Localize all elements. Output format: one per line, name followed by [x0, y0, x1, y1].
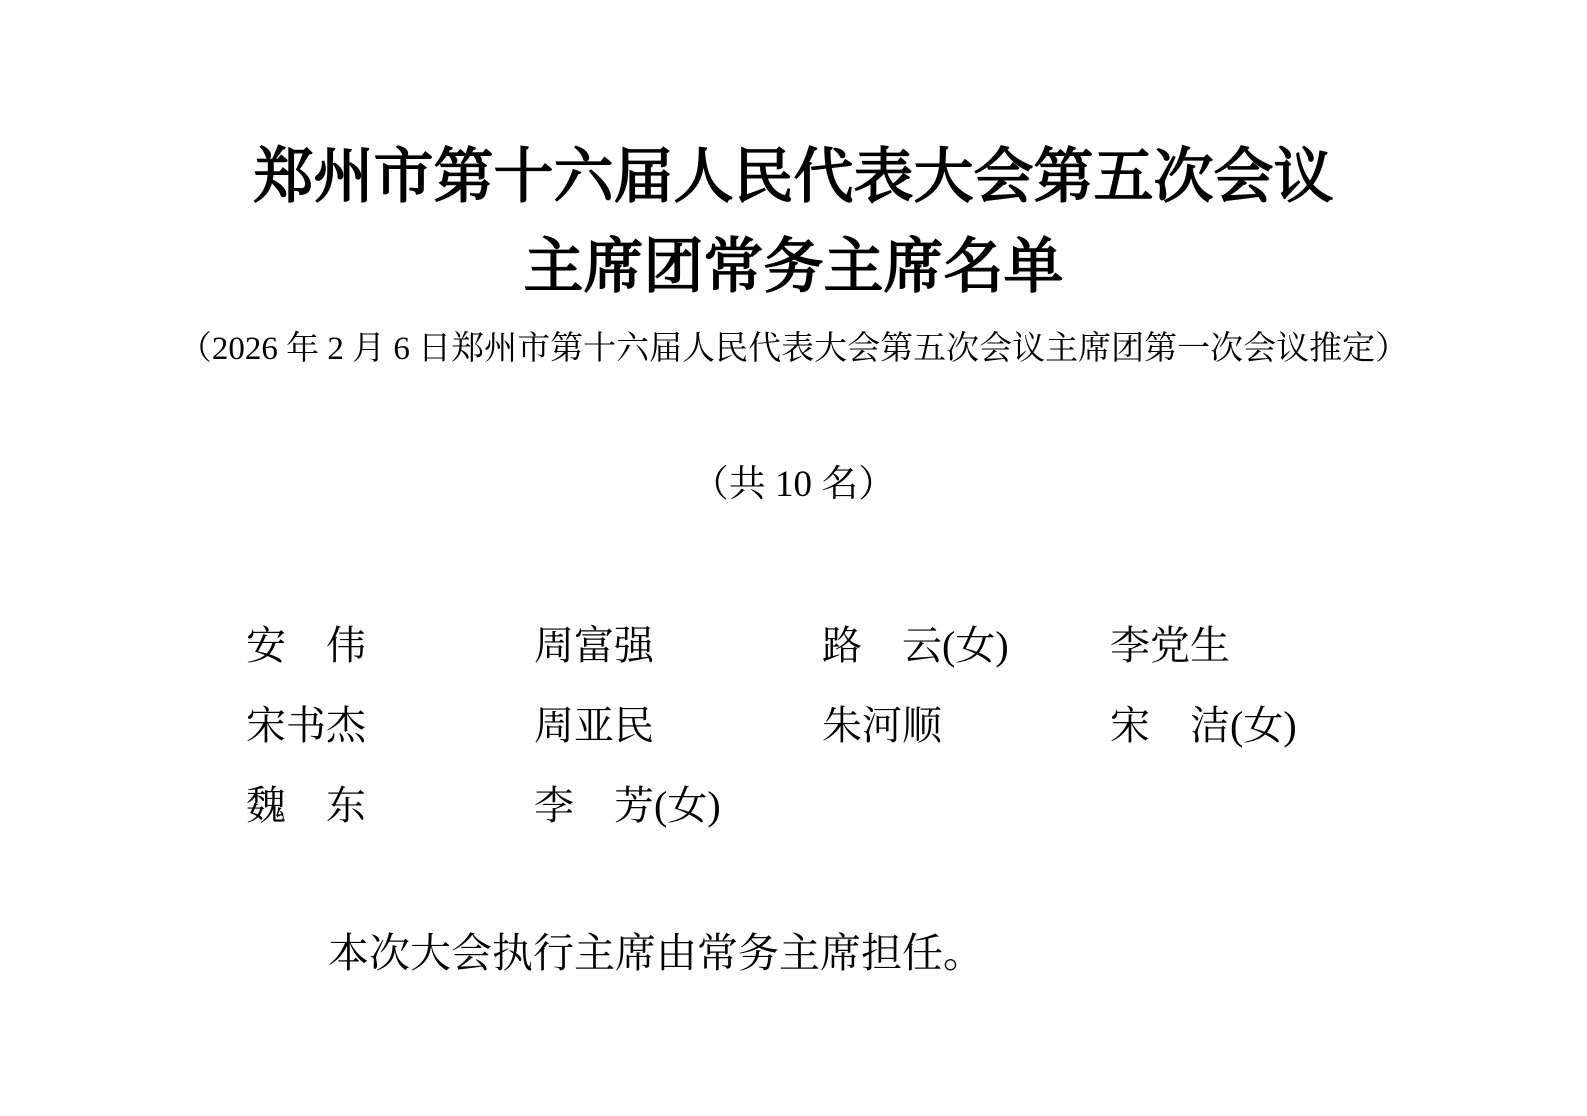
name-item: 宋书杰 — [246, 686, 534, 766]
name-item: 朱河顺 — [822, 686, 1110, 766]
member-count-note: （共 10 名） — [0, 460, 1587, 510]
name-item: 李党生 — [1110, 606, 1398, 686]
name-item: 周亚民 — [534, 686, 822, 766]
document-title: 郑州市第十六届人民代表大会第五次会议 主席团常务主席名单 — [0, 132, 1587, 312]
document-title-line2: 主席团常务主席名单 — [0, 222, 1587, 312]
document-subtitle: （2026 年 2 月 6 日郑州市第十六届人民代表大会第五次会议主席团第一次会… — [0, 326, 1587, 372]
name-item: 李 芳(女) — [534, 766, 822, 846]
name-item: 周富强 — [534, 606, 822, 686]
name-item: 路 云(女) — [822, 606, 1110, 686]
name-list: 安 伟 周富强 路 云(女) 李党生 宋书杰 周亚民 朱河顺 宋 洁(女) 魏 … — [246, 606, 1398, 846]
document-page: 郑州市第十六届人民代表大会第五次会议 主席团常务主席名单 （2026 年 2 月… — [0, 0, 1587, 1116]
name-item: 安 伟 — [246, 606, 534, 686]
name-item: 宋 洁(女) — [1110, 686, 1398, 766]
closing-note: 本次大会执行主席由常务主席担任。 — [246, 918, 1346, 988]
document-title-line1: 郑州市第十六届人民代表大会第五次会议 — [0, 132, 1587, 222]
name-item: 魏 东 — [246, 766, 534, 846]
